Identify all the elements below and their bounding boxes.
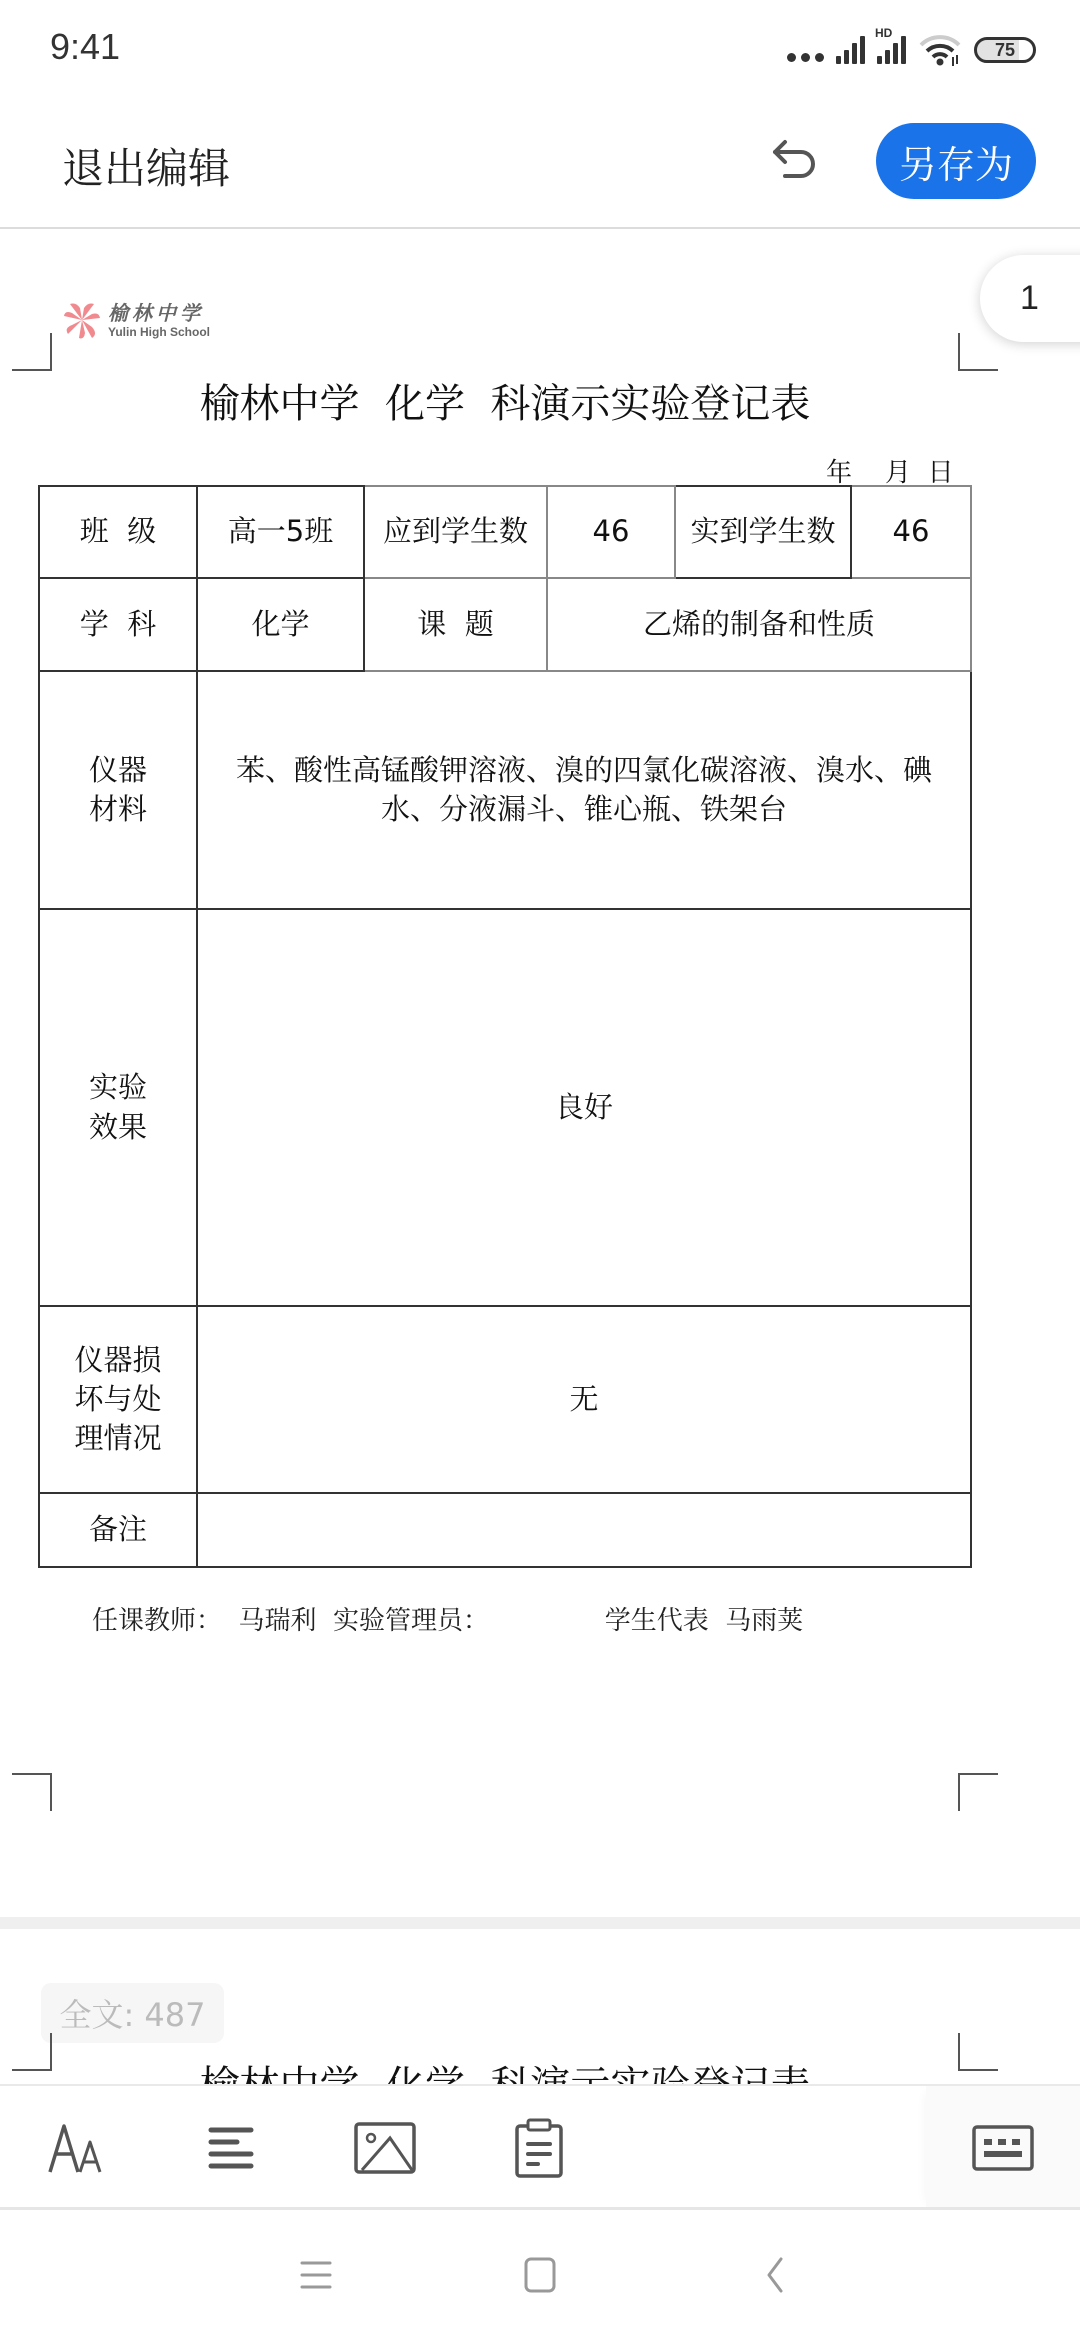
materials-value[interactable]: 苯、酸性高锰酸钾溶液、溴的四氯化碳溶液、溴水、碘水、分液漏斗、锥心瓶、铁架台 — [197, 671, 971, 909]
clipboard-icon — [514, 2118, 564, 2178]
nav-back-button[interactable] — [735, 2240, 815, 2310]
page-separator — [0, 1917, 1080, 1929]
actual-students-label[interactable]: 实到学生数 — [675, 486, 851, 578]
result-label[interactable]: 实验 效果 — [39, 909, 197, 1306]
font-style-button[interactable] — [33, 2086, 123, 2209]
logo-en-text: Yulin High School — [108, 326, 210, 338]
topic-label[interactable]: 课 题 — [364, 578, 547, 671]
subject-value[interactable]: 化学 — [197, 578, 364, 671]
exit-edit-button[interactable]: 退出编辑 — [62, 136, 230, 196]
signal-icon — [836, 36, 865, 64]
save-as-button[interactable]: 另存为 — [876, 123, 1036, 199]
status-icons: HD 75 — [787, 30, 1036, 70]
date-line[interactable]: 年 月 日 — [826, 452, 954, 489]
word-count-badge: 全文: 487 — [41, 1983, 224, 2043]
class-value[interactable]: 高一5班 — [197, 486, 364, 578]
page2-title-partial: 榆林中学 化学 科演示实验登记表 — [0, 2062, 1010, 2084]
battery-icon: 75 — [974, 37, 1036, 63]
page-corner-mark — [958, 1773, 998, 1811]
paragraph-button[interactable] — [186, 2086, 276, 2209]
hd-signal-icon: HD — [877, 36, 906, 64]
signature-line[interactable]: 任课教师： 马瑞利 实验管理员： 学生代表 马雨荚 — [92, 1600, 803, 1637]
table-row: 实验 效果 良好 — [39, 909, 971, 1306]
expected-students-value[interactable]: 46 — [547, 486, 675, 578]
insert-image-icon — [354, 2122, 416, 2174]
status-time: 9:41 — [50, 26, 120, 68]
actual-students-value[interactable]: 46 — [851, 486, 971, 578]
school-logo: 榆林中学 Yulin High School — [62, 298, 210, 342]
table-row: 学 科 化学 课 题 乙烯的制备和性质 — [39, 578, 971, 671]
page-corner-mark — [958, 333, 998, 371]
document-title[interactable]: 榆林中学 化学 科演示实验登记表 — [0, 372, 1010, 429]
keyboard-toggle-button[interactable] — [926, 2086, 1080, 2209]
logo-cn-text: 榆林中学 — [108, 303, 210, 323]
topic-value[interactable]: 乙烯的制备和性质 — [547, 578, 971, 671]
clipboard-button[interactable] — [494, 2086, 584, 2209]
more-dots-icon — [787, 53, 824, 62]
paragraph-align-icon — [207, 2124, 255, 2172]
table-row: 备注 — [39, 1493, 971, 1567]
back-icon — [763, 2257, 787, 2293]
logo-flower-icon — [62, 300, 102, 340]
page2-title-text: 榆林中学 化学 科演示实验登记表 — [0, 2062, 1010, 2084]
system-nav-bar — [0, 2210, 1080, 2340]
keyboard-icon — [972, 2125, 1034, 2171]
menu-icon — [300, 2259, 332, 2291]
table-row: 仪器损 坏与处 理情况 无 — [39, 1306, 971, 1493]
damage-label[interactable]: 仪器损 坏与处 理情况 — [39, 1306, 197, 1493]
registration-table: 班 级 高一5班 应到学生数 46 实到学生数 46 学 科 化学 课 题 乙烯… — [38, 485, 972, 1568]
home-icon — [524, 2257, 556, 2293]
header-divider — [0, 227, 1080, 229]
bottom-toolbar — [0, 2084, 1080, 2209]
remarks-label[interactable]: 备注 — [39, 1493, 197, 1567]
page-corner-mark — [12, 333, 52, 371]
font-style-icon — [46, 2122, 110, 2174]
undo-icon — [769, 136, 821, 186]
result-value[interactable]: 良好 — [197, 909, 971, 1306]
damage-value[interactable]: 无 — [197, 1306, 971, 1493]
subject-label[interactable]: 学 科 — [39, 578, 197, 671]
nav-menu-button[interactable] — [276, 2240, 356, 2310]
insert-image-button[interactable] — [340, 2086, 430, 2209]
hd-label: HD — [875, 26, 892, 40]
expected-students-label[interactable]: 应到学生数 — [364, 486, 547, 578]
class-label[interactable]: 班 级 — [39, 486, 197, 578]
wifi-icon — [918, 33, 962, 67]
table-row: 班 级 高一5班 应到学生数 46 实到学生数 46 — [39, 486, 971, 578]
materials-label[interactable]: 仪器 材料 — [39, 671, 197, 909]
table-row: 仪器 材料 苯、酸性高锰酸钾溶液、溴的四氯化碳溶液、溴水、碘水、分液漏斗、锥心瓶… — [39, 671, 971, 909]
remarks-value[interactable] — [197, 1493, 971, 1567]
nav-home-button[interactable] — [500, 2240, 580, 2310]
page-number-indicator[interactable]: 1 — [980, 255, 1080, 342]
page-corner-mark — [12, 1773, 52, 1811]
undo-button[interactable] — [764, 130, 826, 192]
